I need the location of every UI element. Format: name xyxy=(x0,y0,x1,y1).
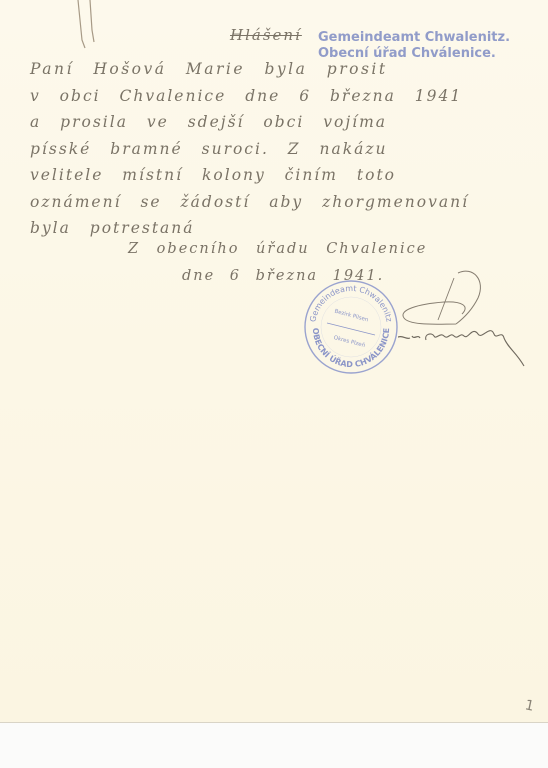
round-stamp-inner-top: Bezirk Pilsen xyxy=(334,309,370,324)
document-page: Hlášení Gemeindeamt Chwalenitz. Obecní ú… xyxy=(0,0,548,723)
body-line: a prosila ve sdejší obci vojíma xyxy=(30,113,387,131)
body-line: v obci Chvalenice dne 6 března 1941 xyxy=(30,87,462,105)
header-stamp-line1: Gemeindeamt Chwalenitz. xyxy=(318,30,510,46)
body-line: oznámení se žádostí aby zhorgmenovaní xyxy=(30,193,469,211)
body-line: písské bramné suroci. Z nakázu xyxy=(30,140,388,158)
body-line: Paní Hošová Marie byla prosit xyxy=(30,60,388,78)
round-stamp-icon: Gemeindeamt Chwalenitz OBECNÍ ÚŘAD CHVÁL… xyxy=(303,279,399,375)
signature-icon xyxy=(398,268,538,368)
page-number: 1 xyxy=(523,697,535,715)
header-stamp: Gemeindeamt Chwalenitz. Obecní úřad Chvá… xyxy=(318,30,510,62)
body-line: byla potrestaná xyxy=(30,219,195,237)
body-line: velitele místní kolony činím toto xyxy=(30,166,396,184)
document-title: Hlášení xyxy=(230,26,302,44)
round-stamp-inner-bottom: Okres Plzeň xyxy=(333,334,366,349)
closing-place: Z obecního úřadu Chvalenice xyxy=(128,241,427,257)
pencil-mark-icon xyxy=(76,0,98,50)
